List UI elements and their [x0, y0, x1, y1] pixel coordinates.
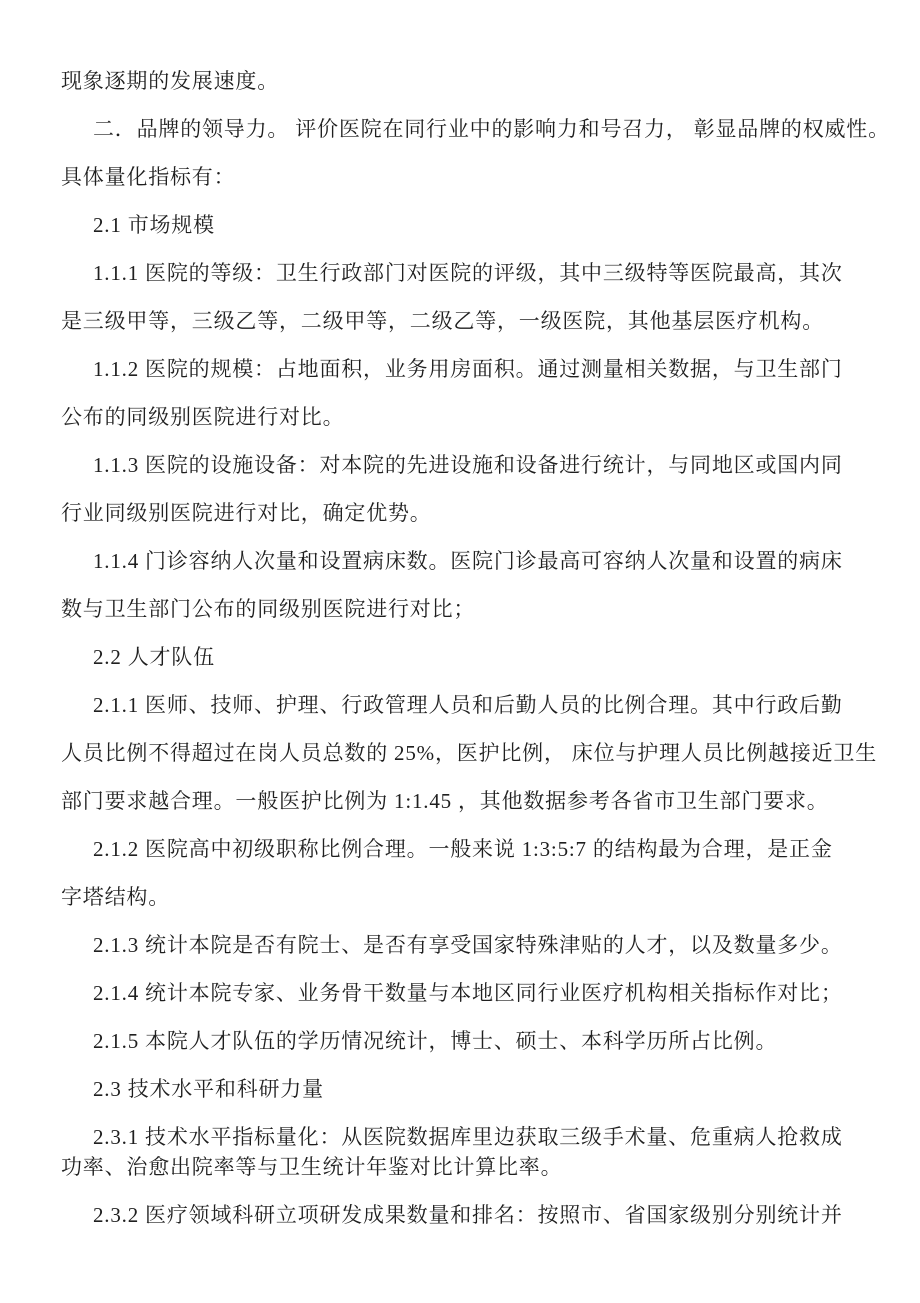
document-line: 1.1.3 医院的设施设备：对本院的先进设施和设备进行统计，与同地区或国内同	[61, 441, 861, 489]
document-line: 2.1.2 医院高中初级职称比例合理。一般来说 1:3:5:7 的结构最为合理，…	[61, 825, 861, 873]
document-line: 2.1.5 本院人才队伍的学历情况统计，博士、硕士、本科学历所占比例。	[61, 1017, 861, 1065]
document-line: 是三级甲等，三级乙等，二级甲等，二级乙等，一级医院，其他基层医疗机构。	[61, 297, 861, 345]
document-line: 二．品牌的领导力。 评价医院在同行业中的影响力和号召力， 彰显品牌的权威性。	[61, 105, 861, 153]
document-line: 1.1.4 门诊容纳人次量和设置病床数。医院门诊最高可容纳人次量和设置的病床	[61, 537, 861, 585]
document-line: 现象逐期的发展速度。	[61, 57, 861, 105]
document-line: 2.1.1 医师、技师、护理、行政管理人员和后勤人员的比例合理。其中行政后勤	[61, 681, 861, 729]
document-line: 2.3 技术水平和科研力量	[61, 1065, 861, 1113]
document-content: 现象逐期的发展速度。 二．品牌的领导力。 评价医院在同行业中的影响力和号召力， …	[61, 57, 861, 1239]
document-line: 2.1 市场规模	[61, 201, 861, 249]
document-line: 部门要求越合理。一般医护比例为 1:1.45 ，其他数据参考各省市卫生部门要求。	[61, 777, 861, 825]
document-line: 数与卫生部门公布的同级别医院进行对比；	[61, 585, 861, 633]
document-page: 现象逐期的发展速度。 二．品牌的领导力。 评价医院在同行业中的影响力和号召力， …	[0, 0, 920, 1303]
document-line: 具体量化指标有：	[61, 153, 861, 201]
document-line: 2.2 人才队伍	[61, 633, 861, 681]
document-line: 2.3.2 医疗领域科研立项研发成果数量和排名：按照市、省国家级别分别统计并	[61, 1191, 861, 1239]
document-line: 2.1.4 统计本院专家、业务骨干数量与本地区同行业医疗机构相关指标作对比；	[61, 969, 861, 1017]
document-line: 公布的同级别医院进行对比。	[61, 393, 861, 441]
document-line: 2.1.3 统计本院是否有院士、是否有享受国家特殊津贴的人才，以及数量多少。	[61, 921, 861, 969]
document-line: 1.1.1 医院的等级：卫生行政部门对医院的评级，其中三级特等医院最高，其次	[61, 249, 861, 297]
document-line: 1.1.2 医院的规模：占地面积，业务用房面积。通过测量相关数据，与卫生部门	[61, 345, 861, 393]
document-line: 字塔结构。	[61, 873, 861, 921]
document-line: 人员比例不得超过在岗人员总数的 25%，医护比例， 床位与护理人员比例越接近卫生	[61, 729, 861, 777]
document-line: 行业同级别医院进行对比，确定优势。	[61, 489, 861, 537]
